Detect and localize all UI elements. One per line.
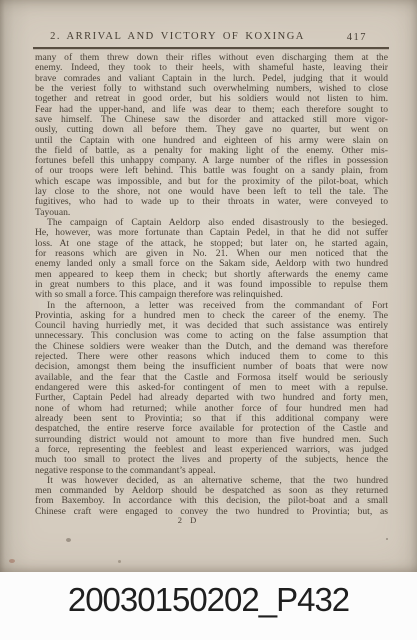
text-line: men commanded by Aeldorp should be despa… xyxy=(35,486,388,496)
printers-signature-mark: 2 D xyxy=(12,515,365,525)
page-header: 2. ARRIVAL AND VICTORY OF KOXINGA 417 xyxy=(35,31,388,45)
screenshot-viewport: 2. ARRIVAL AND VICTORY OF KOXINGA 417 ma… xyxy=(0,0,417,640)
text-line: brave comrades and valiant Captain in th… xyxy=(35,74,388,84)
text-line: in great numbers to this place, and it w… xyxy=(35,280,388,290)
body-text: many of them threw down their rifles wit… xyxy=(35,53,388,517)
text-line: negative response to the commandant’s ap… xyxy=(35,466,388,476)
scan-label: 20030150202_P432 xyxy=(68,581,349,619)
text-line: He, however, was more fortunate than Cap… xyxy=(35,228,388,238)
text-line: decision, amongst them being the insuffi… xyxy=(35,362,388,372)
text-line: fortunes befell this unhappy company. A … xyxy=(35,156,388,166)
text-line: until the Captain with one hundred and e… xyxy=(35,136,388,146)
text-line: men appeared to keep them in check; but … xyxy=(35,270,388,280)
header-rule xyxy=(33,47,389,49)
text-line: lay close to the shore, not one would ha… xyxy=(35,187,388,197)
text-line: a force, representing the feeblest and l… xyxy=(35,445,388,455)
text-line: unnecessary. This conclusion was come to… xyxy=(35,331,388,341)
text-line: save himself. The Chinese saw the disord… xyxy=(35,115,388,125)
text-line: rejected. There were other reasons which… xyxy=(35,352,388,362)
text-line: Provintia, asking for a hundred men to c… xyxy=(35,311,388,321)
text-line: Further, Captain Pedel had already depar… xyxy=(35,393,388,403)
text-line: for reasons which are given in No. 21. W… xyxy=(35,249,388,259)
text-line: enemy. Indeed, they took to their heels,… xyxy=(35,63,388,73)
text-line: The campaign of Captain Aeldorp also end… xyxy=(35,218,388,228)
text-line: be the veriest folly to withstand such o… xyxy=(35,84,388,94)
text-line: from Baxemboy. In accordance with this d… xyxy=(35,496,388,506)
text-line: of our troops were left behind. This bat… xyxy=(35,166,388,176)
text-line: with so small a force. This campaign the… xyxy=(35,290,388,300)
book-page-scan: 2. ARRIVAL AND VICTORY OF KOXINGA 417 ma… xyxy=(0,0,417,572)
text-line: together and retreat in good order, but … xyxy=(35,94,388,104)
text-line: many of them threw down their rifles wit… xyxy=(35,53,388,63)
scan-speck xyxy=(118,560,121,563)
text-line: In the afternoon, a letter was received … xyxy=(35,301,388,311)
text-line: fugitives, who had to wade up to their t… xyxy=(35,197,388,207)
text-line: Council having hurriedly met, it was dec… xyxy=(35,321,388,331)
text-line: ously, cutting down all before them. The… xyxy=(35,125,388,135)
text-line: already been sent to Provintia; so that … xyxy=(35,414,388,424)
scan-label-strip: 20030150202_P432 xyxy=(0,572,417,640)
scan-speck xyxy=(386,538,388,540)
text-line: surrounding district would not amount to… xyxy=(35,435,388,445)
text-line: despatched, the entire reserve force ava… xyxy=(35,424,388,434)
text-line: the field of battle, as a penalty for ma… xyxy=(35,146,388,156)
running-title: 2. ARRIVAL AND VICTORY OF KOXINGA xyxy=(35,31,320,42)
text-line: loss. At one stage of the attack, he sto… xyxy=(35,239,388,249)
text-line: available, and the fear that the Castle … xyxy=(35,373,388,383)
page-number: 417 xyxy=(347,32,367,43)
text-line: endangered were this asked-for contingen… xyxy=(35,383,388,393)
scan-speck xyxy=(66,538,71,542)
text-line: It was however decided, as an alternativ… xyxy=(35,476,388,486)
scan-speck xyxy=(9,559,15,563)
text-line: which escape was impossible, and but for… xyxy=(35,177,388,187)
text-line: much too small to protect the lives and … xyxy=(35,455,388,465)
text-line: enemy landed only a small force on the S… xyxy=(35,259,388,269)
text-line: none of whom had returned; while another… xyxy=(35,404,388,414)
text-line: Tayouan. xyxy=(35,208,388,218)
text-line: Fear had the upper-hand, and life was de… xyxy=(35,105,388,115)
text-line: the Chinese soldiers were weaker than th… xyxy=(35,342,388,352)
